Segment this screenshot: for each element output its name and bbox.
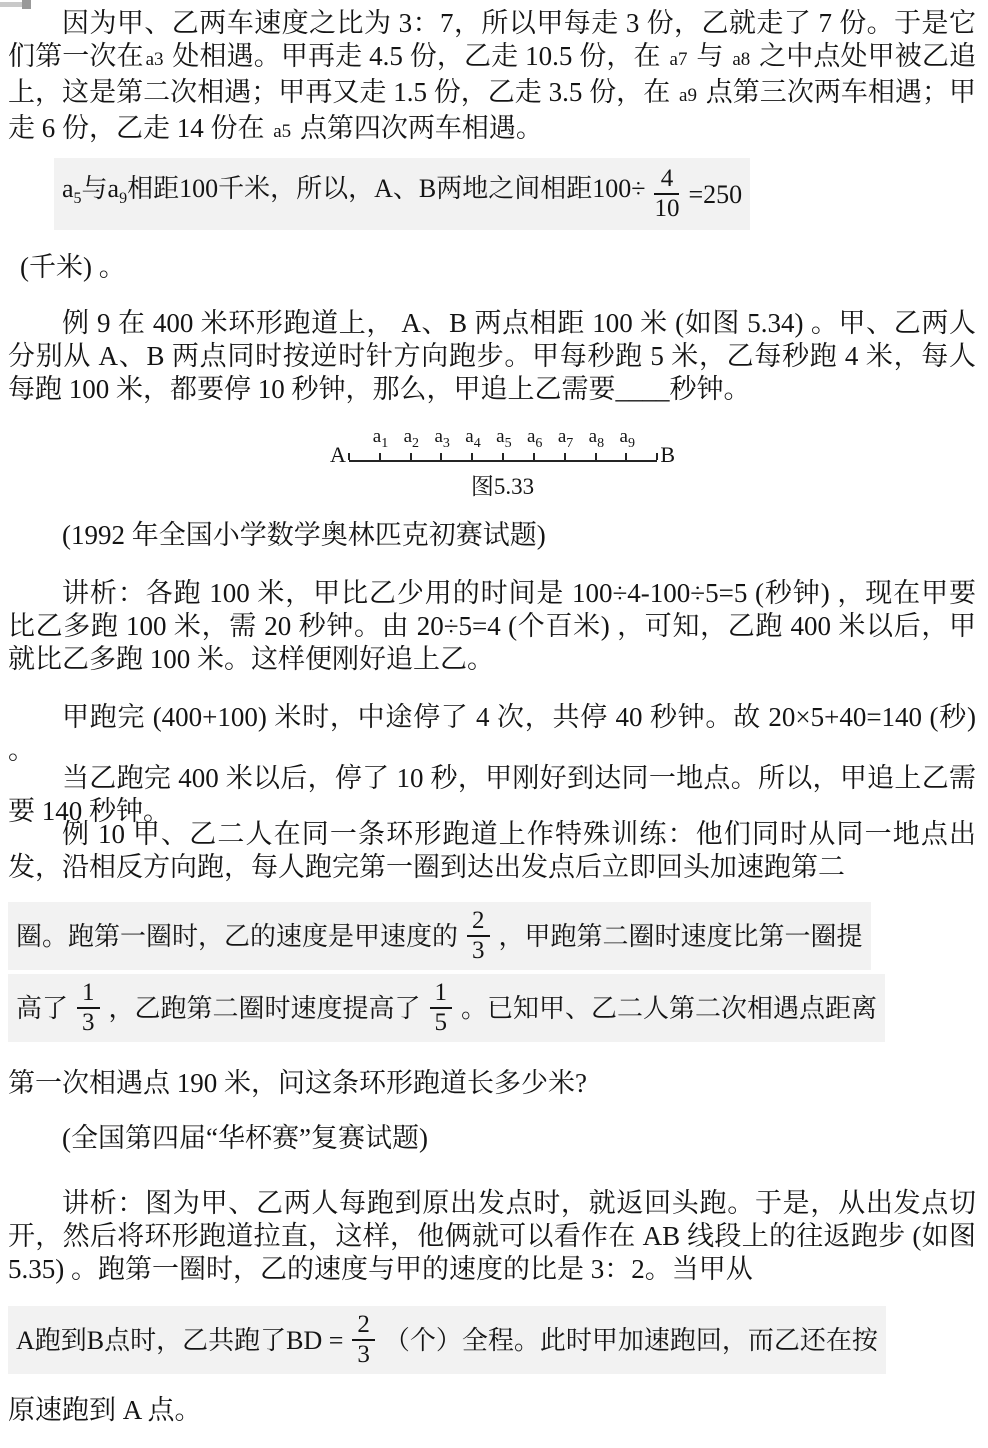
formula-result: =250 (688, 178, 742, 211)
image-line-lap2: 高了 13 ，乙跑第二圈时速度提高了 15 。已知甲、乙二人第二次相遇点距离 (8, 974, 885, 1042)
text-run: 高了 (16, 992, 68, 1025)
figure-5-33: A a1a2a3a4a5a6a7a8a9 B 图5.33 (330, 424, 675, 503)
axis-point-label: a1 (373, 427, 388, 451)
document-page: 因为甲、乙两车速度之比为 3：7，所以甲每走 3 份，乙就走了 7 份。于是它们… (0, 0, 988, 1448)
point-label-a3: a3 (144, 49, 166, 70)
image-line-lap1: 圈。跑第一圈时，乙的速度是甲速度的 23 ，甲跑第二圈时速度比第一圈提 (8, 902, 871, 970)
paragraph-stops-calc: 甲跑完 (400+100) 米时，中途停了 4 次，共停 40 秒钟。故 20×… (8, 701, 976, 767)
fraction-numerator: 1 (430, 979, 453, 1009)
axis-tick (348, 453, 350, 460)
text-run: 圈。跑第一圈时，乙的速度是甲速度的 (16, 920, 458, 953)
axis-tick (625, 453, 627, 460)
fraction-denominator: 3 (467, 937, 490, 965)
var-a: a (62, 174, 74, 203)
axis-point-label: a6 (527, 427, 542, 451)
paragraph-meeting-points: 因为甲、乙两车速度之比为 3：7，所以甲每走 3 份，乙就走了 7 份。于是它们… (8, 7, 976, 148)
figure-axis: a1a2a3a4a5a6a7a8a9 (349, 424, 657, 462)
paragraph-analysis-ex10: 讲析：图为甲、乙两人每跑到原出发点时，就返回头跑。于是，从出发点切开，然后将环形… (8, 1187, 976, 1286)
axis-endpoint-a: A (330, 444, 346, 470)
figure-caption: 图5.33 (330, 470, 675, 503)
axis-tick (379, 453, 381, 460)
axis-tick (440, 453, 442, 460)
axis-point-label: a2 (404, 427, 419, 451)
text-run: （个）全程。此时甲加速跑回，而乙还在按 (384, 1324, 878, 1357)
paragraph-question-190: 第一次相遇点 190 米，问这条环形跑道长多少米? (8, 1067, 976, 1100)
fraction-4-10: 410 (654, 165, 679, 223)
axis-tick (564, 453, 566, 460)
axis-tick (533, 453, 535, 460)
figure-axis-row: A a1a2a3a4a5a6a7a8a9 B (330, 424, 675, 470)
paragraph-final: 原速跑到 A 点。 (8, 1394, 976, 1427)
paragraph-example-10: 例 10 甲、乙二人在同一条环形跑道上作特殊训练：他们同时从同一地点出发，沿相反… (8, 818, 976, 884)
subscript-9: 9 (119, 191, 127, 208)
image-line-bd: A跑到B点时，乙共跑了BD = 23 （个）全程。此时甲加速跑回，而乙还在按 (8, 1306, 886, 1374)
fraction-2-3: 23 (467, 907, 490, 965)
point-label-a8: a8 (730, 49, 752, 70)
fraction-numerator: 1 (77, 979, 100, 1009)
text-run: ，乙跑第二圈时速度提高了 (109, 992, 421, 1025)
source-note-1992: (1992 年全国小学数学奥林匹克初赛试题) (8, 519, 976, 552)
axis-point-label: a8 (589, 427, 604, 451)
text-run: 点第四次两车相遇。 (293, 113, 543, 143)
fraction-1-3: 13 (77, 979, 100, 1037)
axis-endpoint-b: B (660, 444, 675, 470)
fraction-numerator: 4 (654, 165, 679, 195)
fraction-1-5: 15 (430, 979, 453, 1037)
source-note-huabei: (全国第四届“华杯赛”复赛试题) (8, 1122, 976, 1155)
fraction-denominator: 3 (352, 1341, 375, 1369)
text-run: 与a (82, 174, 120, 203)
axis-tick (502, 453, 504, 460)
unit-note: (千米) 。 (8, 251, 976, 284)
fraction-denominator: 3 (77, 1009, 100, 1037)
axis-tick (595, 453, 597, 460)
text-run: ，甲跑第二圈时速度比第一圈提 (499, 920, 863, 953)
point-label-a9: a9 (677, 85, 699, 106)
axis-point-label: a7 (558, 427, 573, 451)
text-run: 。已知甲、乙二人第二次相遇点距离 (461, 992, 877, 1025)
point-label-a5: a5 (271, 121, 293, 142)
fraction-numerator: 2 (467, 907, 490, 937)
fraction-denominator: 5 (430, 1009, 453, 1037)
subscript-5: 5 (74, 191, 82, 208)
axis-point-label: a4 (465, 427, 480, 451)
formula-line: a5与a9相距100千米，所以，A、B两地之间相距100÷ 410 =250 (54, 158, 750, 230)
text-run: A跑到B点时，乙共跑了BD = (16, 1324, 343, 1357)
axis-point-label: a5 (496, 427, 511, 451)
axis-tick (410, 453, 412, 460)
axis-point-label: a9 (620, 427, 635, 451)
fraction-2-3-bd: 23 (352, 1311, 375, 1369)
axis-tick (471, 453, 473, 460)
text-run: 相距100千米，所以，A、B两地之间相距100÷ (127, 174, 645, 203)
text-run: 处相遇。甲再走 4.5 份，乙走 10.5 份，在 (166, 41, 668, 71)
axis-tick (656, 453, 658, 460)
fraction-denominator: 10 (654, 195, 679, 223)
point-label-a7: a7 (668, 49, 690, 70)
paragraph-example-9: 例 9 在 400 米环形跑道上， A、B 两点相距 100 米 (如图 5.3… (8, 307, 976, 406)
axis-point-label: a3 (434, 427, 449, 451)
paragraph-analysis-ex9: 讲析：各跑 100 米，甲比乙少用的时间是 100÷4-100÷5=5 (秒钟)… (8, 577, 976, 676)
formula-text: a5与a9相距100千米，所以，A、B两地之间相距100÷ (62, 172, 645, 215)
text-run: 与 (689, 41, 730, 71)
fraction-numerator: 2 (352, 1311, 375, 1341)
